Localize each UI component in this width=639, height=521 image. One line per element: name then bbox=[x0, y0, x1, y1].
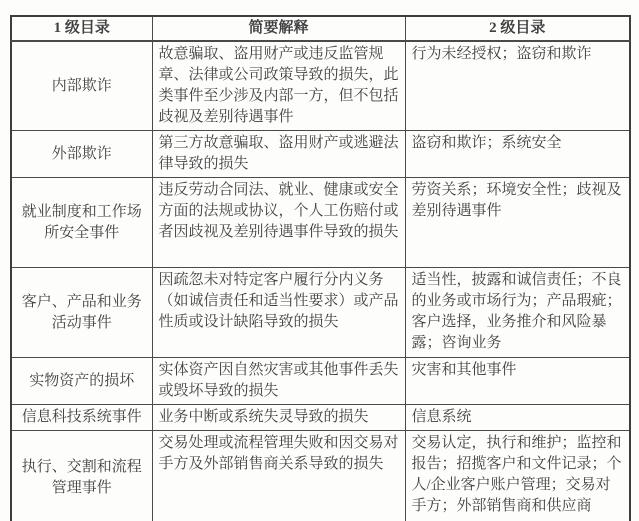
level2-category-cell: 劳资关系；环境安全性；歧视及差别待遇事件 bbox=[405, 178, 630, 268]
explanation-cell: 第三方故意骗取、盗用财产或逃避法律导致的损失 bbox=[152, 131, 405, 178]
table-row: 信息科技系统事件 业务中断或系统失灵导致的损失 信息系统 bbox=[11, 405, 630, 431]
level2-category-cell: 灾害和其他事件 bbox=[405, 358, 630, 405]
level2-category-cell: 适当性，披露和诚信责任；不良的业务或市场行为；产品瑕疵；客户选择，业务推介和风险… bbox=[405, 268, 630, 358]
risk-event-category-table: 1 级目录 简要解释 2 级目录 内部欺诈 故意骗取、盗用财产或违反监管规章、法… bbox=[10, 15, 631, 521]
level1-category-cell: 信息科技系统事件 bbox=[11, 405, 152, 431]
explanation-cell: 故意骗取、盗用财产或违反监管规章、法律或公司政策导致的损失，此类事件至少涉及内部… bbox=[152, 41, 405, 131]
table-row: 客户、产品和业务活动事件 因疏忽未对特定客户履行分内义务（如诚信责任和适当性要求… bbox=[11, 268, 630, 358]
table-row: 外部欺诈 第三方故意骗取、盗用财产或逃避法律导致的损失 盗窃和欺诈；系统安全 bbox=[11, 131, 630, 178]
table-header-row: 1 级目录 简要解释 2 级目录 bbox=[11, 16, 630, 41]
header-explanation: 简要解释 bbox=[152, 16, 405, 41]
explanation-cell: 业务中断或系统失灵导致的损失 bbox=[152, 405, 405, 431]
header-level1: 1 级目录 bbox=[11, 16, 152, 41]
level2-category-cell: 交易认定，执行和维护；监控和报告；招揽客户和文件记录；个人/企业客户账户管理；交… bbox=[405, 431, 630, 521]
explanation-cell: 交易处理或流程管理失败和因交易对手方及外部销售商关系导致的损失 bbox=[152, 431, 405, 521]
table-row: 实物资产的损坏 实体资产因自然灾害或其他事件丢失或毁坏导致的损失 灾害和其他事件 bbox=[11, 358, 630, 405]
table-row: 执行、交割和流程管理事件 交易处理或流程管理失败和因交易对手方及外部销售商关系导… bbox=[11, 431, 630, 521]
explanation-cell: 实体资产因自然灾害或其他事件丢失或毁坏导致的损失 bbox=[152, 358, 405, 405]
level1-category-cell: 外部欺诈 bbox=[11, 131, 152, 178]
level1-category-cell: 内部欺诈 bbox=[11, 41, 152, 131]
level2-category-cell: 行为未经授权；盗窃和欺诈 bbox=[405, 41, 630, 131]
header-level2: 2 级目录 bbox=[405, 16, 630, 41]
level2-category-cell: 信息系统 bbox=[405, 405, 630, 431]
explanation-cell: 因疏忽未对特定客户履行分内义务（如诚信责任和适当性要求）或产品性质或设计缺陷导致… bbox=[152, 268, 405, 358]
level1-category-cell: 就业制度和工作场所安全事件 bbox=[11, 178, 152, 268]
level1-category-cell: 客户、产品和业务活动事件 bbox=[11, 268, 152, 358]
table-row: 就业制度和工作场所安全事件 违反劳动合同法、就业、健康或安全方面的法规或协议，个… bbox=[11, 178, 630, 268]
table-row: 内部欺诈 故意骗取、盗用财产或违反监管规章、法律或公司政策导致的损失，此类事件至… bbox=[11, 41, 630, 131]
explanation-cell: 违反劳动合同法、就业、健康或安全方面的法规或协议，个人工伤赔付或者因歧视及差别待… bbox=[152, 178, 405, 268]
level1-category-cell: 实物资产的损坏 bbox=[11, 358, 152, 405]
level1-category-cell: 执行、交割和流程管理事件 bbox=[11, 431, 152, 521]
level2-category-cell: 盗窃和欺诈；系统安全 bbox=[405, 131, 630, 178]
